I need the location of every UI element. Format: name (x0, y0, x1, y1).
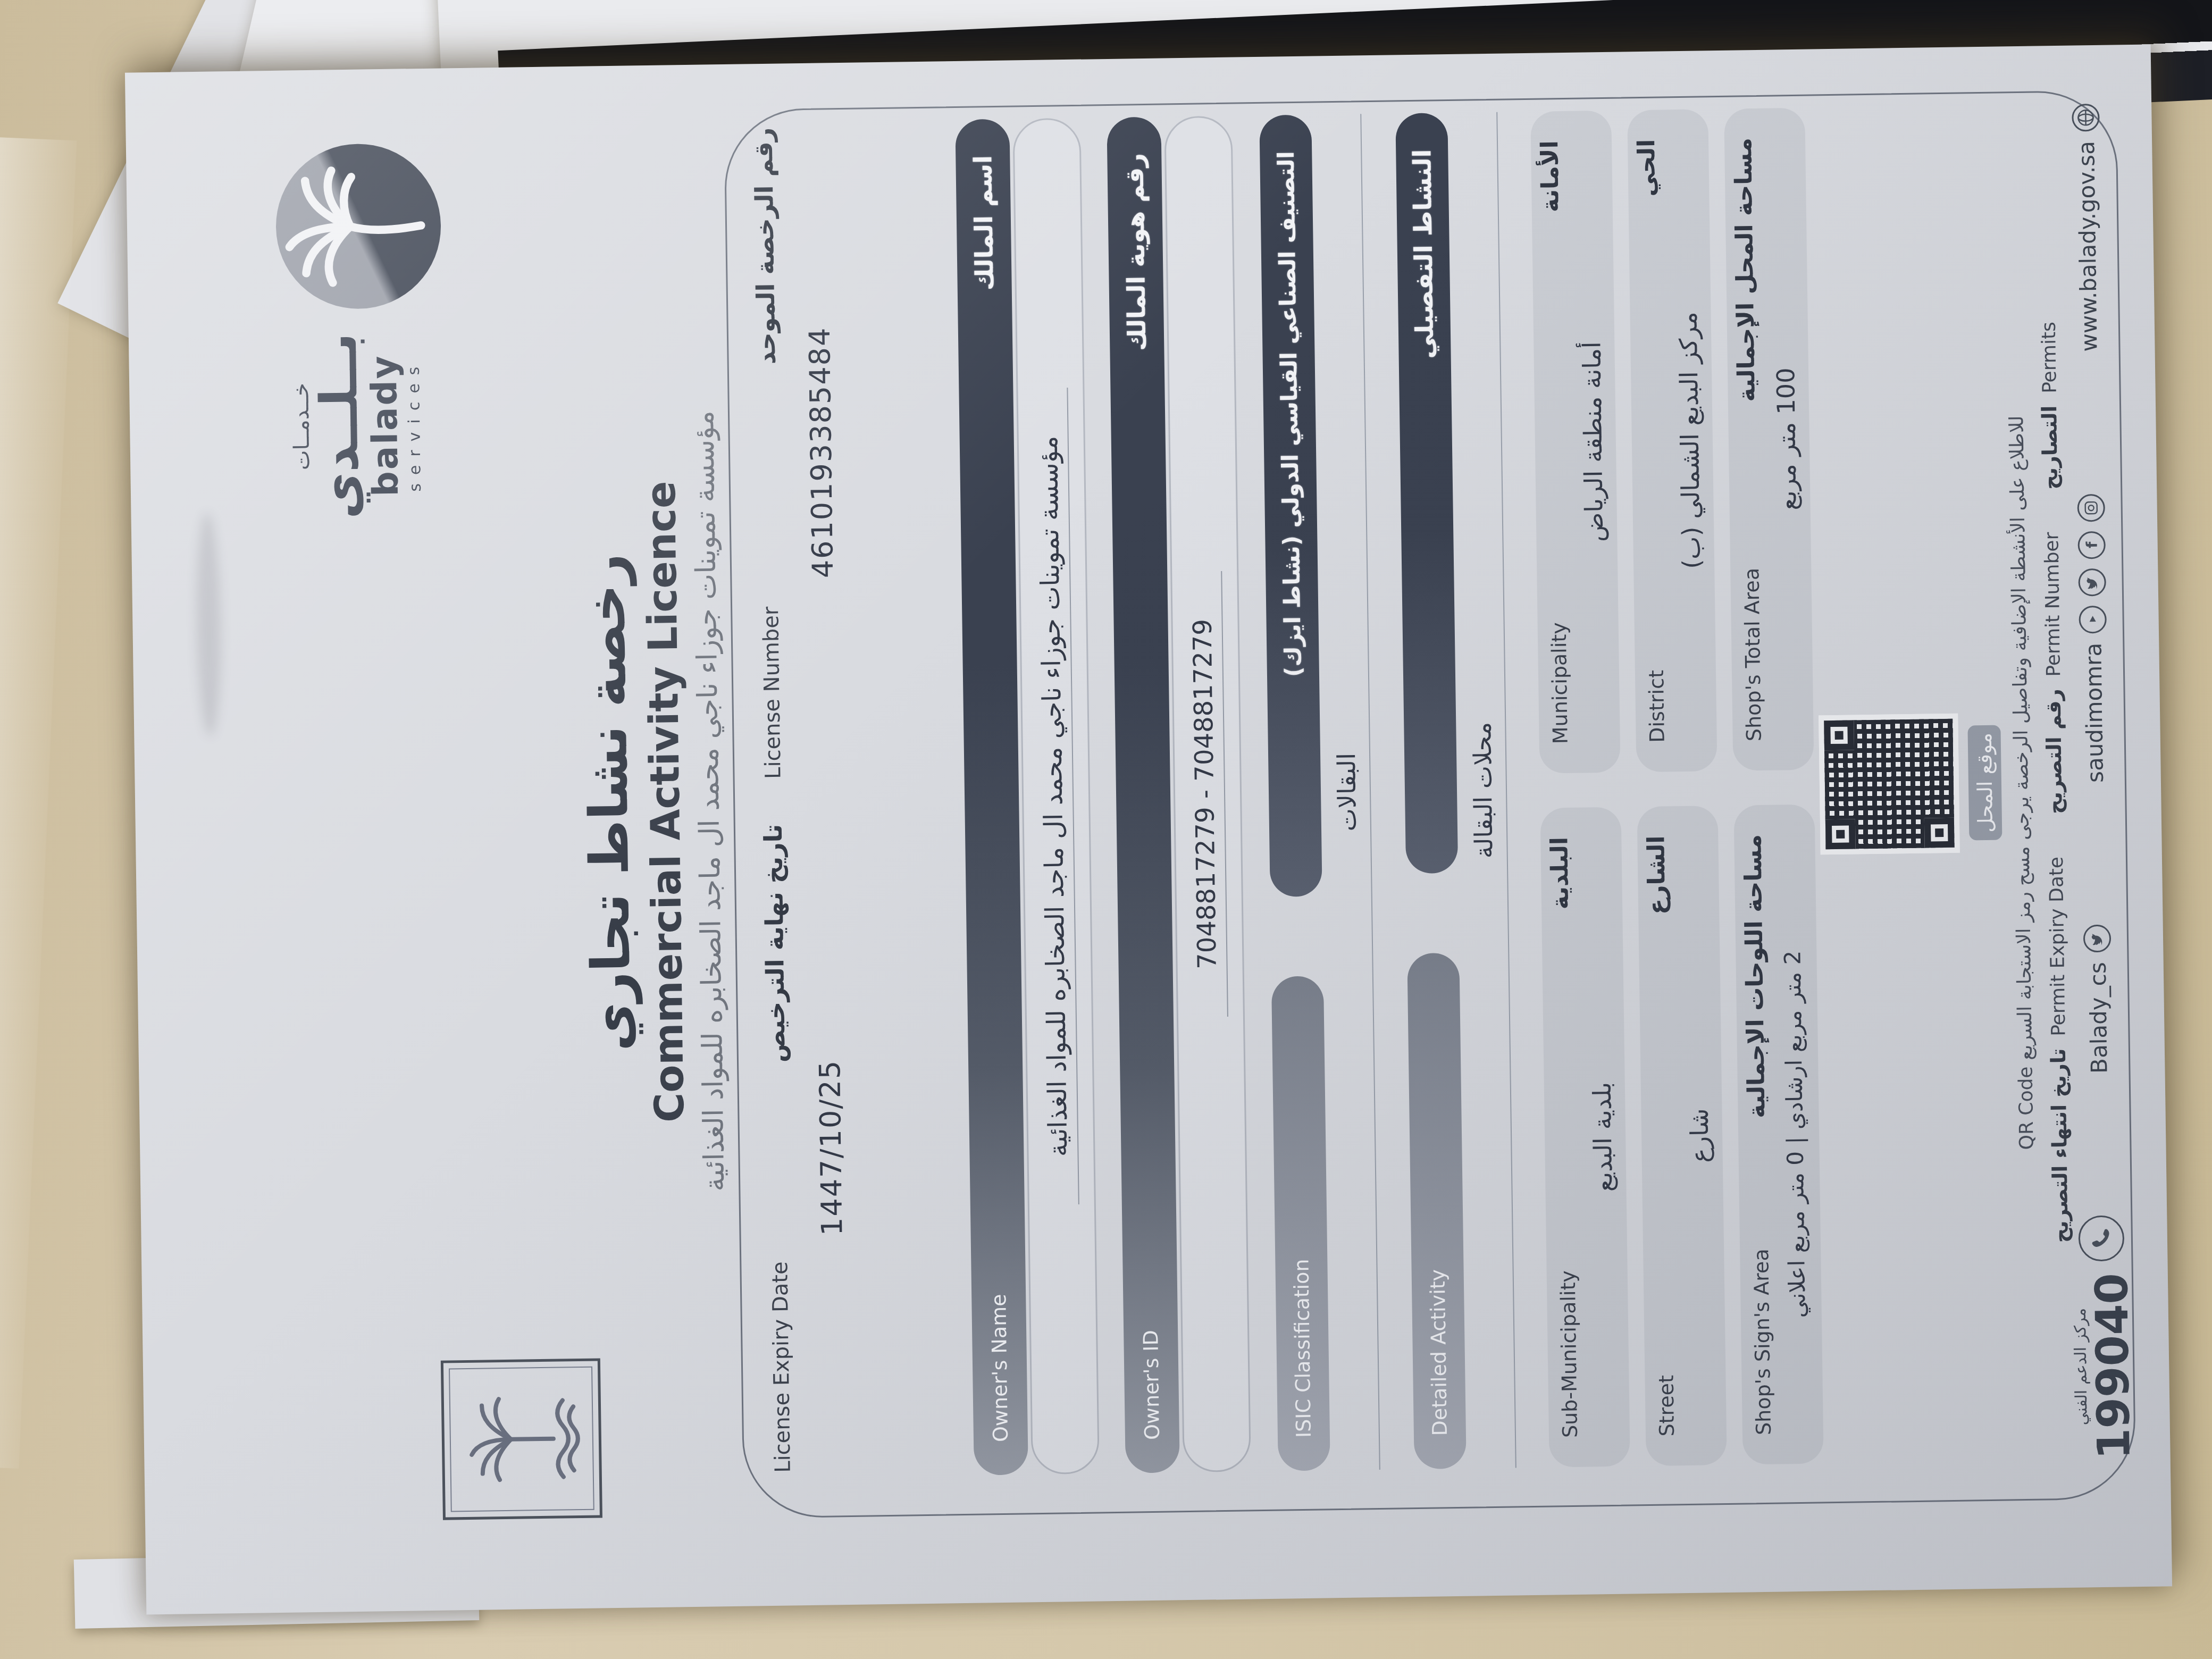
shop-signs-area-value: 2 متر مربع ارشادي | 0 متر مربع اعلاني (1778, 834, 1812, 1435)
sub-municipality-value: بلدية البديع (1584, 836, 1621, 1438)
footer-social-handle: saudimomra (2080, 643, 2108, 783)
shop-location-caption: موقع المحل (1973, 733, 1998, 833)
municipality-label-en: Municipality (1547, 622, 1572, 744)
sub-municipality-field: البلدية Sub-Municipality بلدية البديع (1540, 807, 1630, 1468)
isic-english-bar: ISIC Classification (1271, 976, 1330, 1471)
detailed-activity-english-bar: Detailed Activity (1407, 953, 1467, 1469)
shop-total-area-field: مساحة المحل الإجمالية Shop's Total Area … (1724, 108, 1814, 771)
phone-icon (2078, 1216, 2124, 1262)
owner-name-label-ar: اسم المالك (968, 155, 999, 291)
municipality-emblem-box (441, 1358, 602, 1520)
owner-id-label-ar: رقم هوية المالك (1120, 153, 1151, 351)
plastic-sleeve-edge (0, 137, 77, 1469)
shop-total-area-label-en: Shop's Total Area (1740, 568, 1766, 742)
permits-title: التصاريح Permits (2037, 322, 2062, 490)
shop-signs-area-field: مساحة اللوحات الإجمالية Shop's Sign's Ar… (1733, 805, 1823, 1465)
permits-title-ar: التصاريح (2038, 405, 2062, 490)
license-number-label-en: License Number (759, 606, 786, 779)
youtube-icon (2079, 605, 2107, 633)
municipality-field: الأمانة Municipality أمانة منطقة الرياض (1530, 111, 1620, 774)
footer-twitter-handle: Balady_cs (2084, 962, 2112, 1074)
permit-number-column: رقم التصريح Permit Number (2039, 532, 2066, 814)
detailed-activity-label-ar: النشاط التفصيلي (1407, 149, 1439, 359)
globe-icon (2072, 104, 2100, 132)
instagram-icon (2077, 494, 2105, 522)
street-label-en: Street (1654, 1375, 1679, 1437)
detailed-activity-label-bar: النشاط التفصيلي (1395, 113, 1458, 874)
footer-website: www.balady.gov.sa (2073, 141, 2102, 352)
owner-id-value: 7048817279 - 7048817279 (1187, 571, 1228, 1017)
twitter-icon (2078, 568, 2106, 597)
palm-emblem-icon (463, 1385, 581, 1493)
detailed-activity-label-en: Detailed Activity (1426, 1269, 1452, 1436)
street-field: الشارع Street شارع (1637, 806, 1727, 1466)
footer-twitter-group: Balady_cs (2083, 925, 2113, 1074)
license-expiry-label-en: License Expiry Date (768, 1261, 795, 1473)
shop-signs-area-label-ar: مساحة اللوحات الإجمالية (1739, 834, 1770, 1119)
sub-municipality-label-en: Sub-Municipality (1556, 1270, 1582, 1438)
owner-name-label-en: Owner's Name (987, 1294, 1012, 1442)
balady-logo-wordmark: خــدمــات بــلــدي balady services (288, 324, 425, 527)
permits-title-en: Permits (2038, 322, 2061, 393)
permit-expiry-label-en: Permit Expiry Date (2046, 857, 2070, 1036)
license-expiry-label-ar: تاريخ نهاية الترخيص (759, 824, 791, 1062)
footer-bar: www.balady.gov.sa f saudimomra Balady_cs… (2059, 104, 2131, 1460)
permit-expiry-label-ar: تاريخ انتهاء التصريح (2047, 1048, 2073, 1243)
footer-social-group: f saudimomra (2077, 494, 2109, 783)
photo-of-license-on-table: خــدمــات بــلــدي balady services رخصة … (0, 0, 2212, 1659)
twitter-icon (2083, 925, 2112, 953)
balady-palm-logo-icon (275, 143, 442, 309)
street-label-ar: الشارع (1643, 835, 1671, 915)
isic-label-ar: التصنيف الصناعي القياسي الدولي (نشاط ايز… (1273, 151, 1306, 677)
support-phone-number: 199040 (2089, 1273, 2136, 1460)
owner-name-value: مؤسسة تموينات جوزاء ناجي محمد ال ماجد ال… (1033, 388, 1079, 1204)
owner-id-label-en: Owner's ID (1139, 1330, 1164, 1440)
municipality-label-ar: الأمانة (1536, 140, 1564, 213)
shop-total-area-label-ar: مساحة المحل الإجمالية (1730, 138, 1761, 402)
sub-municipality-label-ar: البلدية (1546, 837, 1574, 910)
shop-location-qr-code (1819, 714, 1960, 855)
permit-number-label-ar: رقم التصريح (2041, 689, 2066, 814)
district-label-ar: الحي (1633, 139, 1661, 197)
shop-total-area-value: 100 متر مربع (1768, 137, 1805, 741)
logo-text-ar-big: بــلــدي (313, 325, 366, 527)
license-number-label-ar: رقم الرخصة الموحد (749, 128, 781, 365)
footer-support-group: مركز الدعم الفني 199040 (2069, 1216, 2136, 1460)
shop-location-button: موقع المحل (1967, 725, 2002, 841)
toner-smudge (195, 513, 223, 736)
isic-label-en: ISIC Classification (1289, 1259, 1316, 1438)
permit-number-label-en: Permit Number (2041, 532, 2065, 677)
logo-text-latin-sub: services (404, 324, 425, 526)
shop-signs-area-label-en: Shop's Sign's Area (1749, 1249, 1775, 1435)
district-value: مركز البديع الشمالي (ب) (1671, 138, 1708, 742)
footer-website-group: www.balady.gov.sa (2072, 104, 2103, 352)
license-document-page: خــدمــات بــلــدي balady services رخصة … (125, 45, 2172, 1615)
municipality-emblem (449, 1367, 594, 1512)
district-label-en: District (1645, 670, 1669, 743)
street-value: شارع (1681, 835, 1718, 1436)
facebook-icon: f (2077, 531, 2106, 559)
municipality-value: أمانة منطقة الرياض (1574, 140, 1612, 744)
isic-label-bar: التصنيف الصناعي القياسي الدولي (نشاط ايز… (1259, 115, 1322, 897)
logo-text-latin: balady (364, 324, 407, 526)
district-field: الحي District مركز البديع الشمالي (ب) (1627, 109, 1717, 772)
